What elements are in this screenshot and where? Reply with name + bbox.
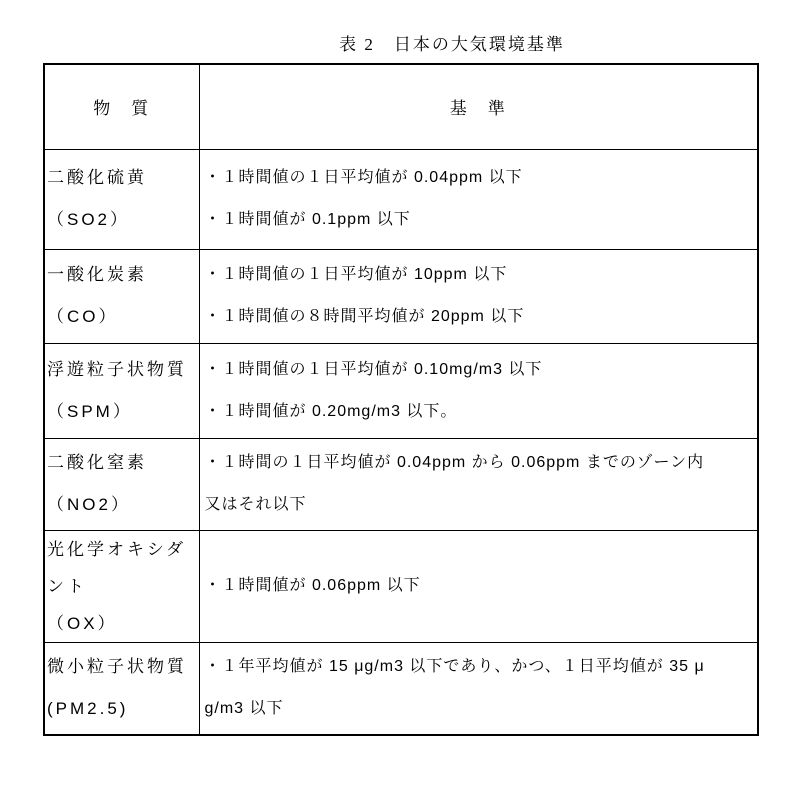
table-row-so2: 二酸化硫黄（SO2）・１時間値の１日平均値が 0.04ppm 以下・１時間値が … bbox=[44, 149, 758, 249]
standard-line: g/m3 以下 bbox=[205, 688, 756, 730]
substance-cell-pm25: 微小粒子状物質(PM2.5) bbox=[44, 642, 199, 735]
substance-line: （OX） bbox=[47, 605, 198, 642]
table-body: 二酸化硫黄（SO2）・１時間値の１日平均値が 0.04ppm 以下・１時間値が … bbox=[44, 149, 758, 735]
substance-cell-spm: 浮遊粒子状物質（SPM） bbox=[44, 343, 199, 438]
standard-line: ・１時間値が 0.06ppm 以下 bbox=[205, 565, 756, 607]
substance-line: 二酸化硫黄 bbox=[47, 157, 198, 199]
substance-line: 微小粒子状物質 bbox=[47, 646, 198, 688]
substance-line: （SO2） bbox=[47, 199, 198, 241]
table-header: 物 質 基 準 bbox=[44, 64, 758, 149]
standard-line: ・１時間の１日平均値が 0.04ppm から 0.06ppm までのゾーン内 bbox=[205, 442, 756, 484]
standard-line: ・１時間値が 0.1ppm 以下 bbox=[205, 199, 756, 241]
header-row: 物 質 基 準 bbox=[44, 64, 758, 149]
substance-line: (PM2.5) bbox=[47, 688, 198, 730]
standard-line: ・１時間値の８時間平均値が 20ppm 以下 bbox=[205, 296, 756, 338]
table-row-no2: 二酸化窒素（NO2）・１時間の１日平均値が 0.04ppm から 0.06ppm… bbox=[44, 438, 758, 530]
standard-cell-pm25: ・１年平均値が 15 μg/m3 以下であり、かつ、１日平均値が 35 μg/m… bbox=[199, 642, 758, 735]
table-row-spm: 浮遊粒子状物質（SPM）・１時間値の１日平均値が 0.10mg/m3 以下・１時… bbox=[44, 343, 758, 438]
standard-line: ・１時間値の１日平均値が 0.04ppm 以下 bbox=[205, 157, 756, 199]
air-quality-standards-table: 物 質 基 準 二酸化硫黄（SO2）・１時間値の１日平均値が 0.04ppm 以… bbox=[43, 63, 759, 736]
substance-column-header: 物 質 bbox=[44, 64, 199, 149]
standard-line: ・１年平均値が 15 μg/m3 以下であり、かつ、１日平均値が 35 μ bbox=[205, 646, 756, 688]
substance-line: （CO） bbox=[47, 296, 198, 338]
standard-column-header: 基 準 bbox=[199, 64, 758, 149]
table-row-ox: 光化学オキシダント（OX）・１時間値が 0.06ppm 以下 bbox=[44, 530, 758, 642]
document-page: 表 2 日本の大気環境基準 物 質 基 準 二酸化硫黄（SO2）・１時間値の１日… bbox=[0, 0, 800, 800]
substance-cell-co: 一酸化炭素（CO） bbox=[44, 249, 199, 343]
standard-line: ・１時間値の１日平均値が 10ppm 以下 bbox=[205, 254, 756, 296]
standard-cell-no2: ・１時間の１日平均値が 0.04ppm から 0.06ppm までのゾーン内又は… bbox=[199, 438, 758, 530]
substance-cell-no2: 二酸化窒素（NO2） bbox=[44, 438, 199, 530]
substance-line: 二酸化窒素 bbox=[47, 442, 198, 484]
standard-cell-spm: ・１時間値の１日平均値が 0.10mg/m3 以下・１時間値が 0.20mg/m… bbox=[199, 343, 758, 438]
standard-cell-so2: ・１時間値の１日平均値が 0.04ppm 以下・１時間値が 0.1ppm 以下 bbox=[199, 149, 758, 249]
table-caption: 表 2 日本の大気環境基準 bbox=[0, 30, 800, 55]
substance-cell-ox: 光化学オキシダント（OX） bbox=[44, 530, 199, 642]
standard-line: ・１時間値の１日平均値が 0.10mg/m3 以下 bbox=[205, 349, 756, 391]
standard-cell-ox: ・１時間値が 0.06ppm 以下 bbox=[199, 530, 758, 642]
table-row-co: 一酸化炭素（CO）・１時間値の１日平均値が 10ppm 以下・１時間値の８時間平… bbox=[44, 249, 758, 343]
substance-cell-so2: 二酸化硫黄（SO2） bbox=[44, 149, 199, 249]
standard-cell-co: ・１時間値の１日平均値が 10ppm 以下・１時間値の８時間平均値が 20ppm… bbox=[199, 249, 758, 343]
substance-line: （NO2） bbox=[47, 484, 198, 526]
table-row-pm25: 微小粒子状物質(PM2.5)・１年平均値が 15 μg/m3 以下であり、かつ、… bbox=[44, 642, 758, 735]
substance-line: 一酸化炭素 bbox=[47, 254, 198, 296]
substance-line: 浮遊粒子状物質 bbox=[47, 349, 198, 391]
substance-line: 光化学オキシダ bbox=[47, 531, 198, 568]
standard-line: ・１時間値が 0.20mg/m3 以下。 bbox=[205, 391, 756, 433]
substance-line: （SPM） bbox=[47, 391, 198, 433]
standard-line: 又はそれ以下 bbox=[205, 484, 756, 526]
substance-line: ント bbox=[47, 568, 198, 605]
